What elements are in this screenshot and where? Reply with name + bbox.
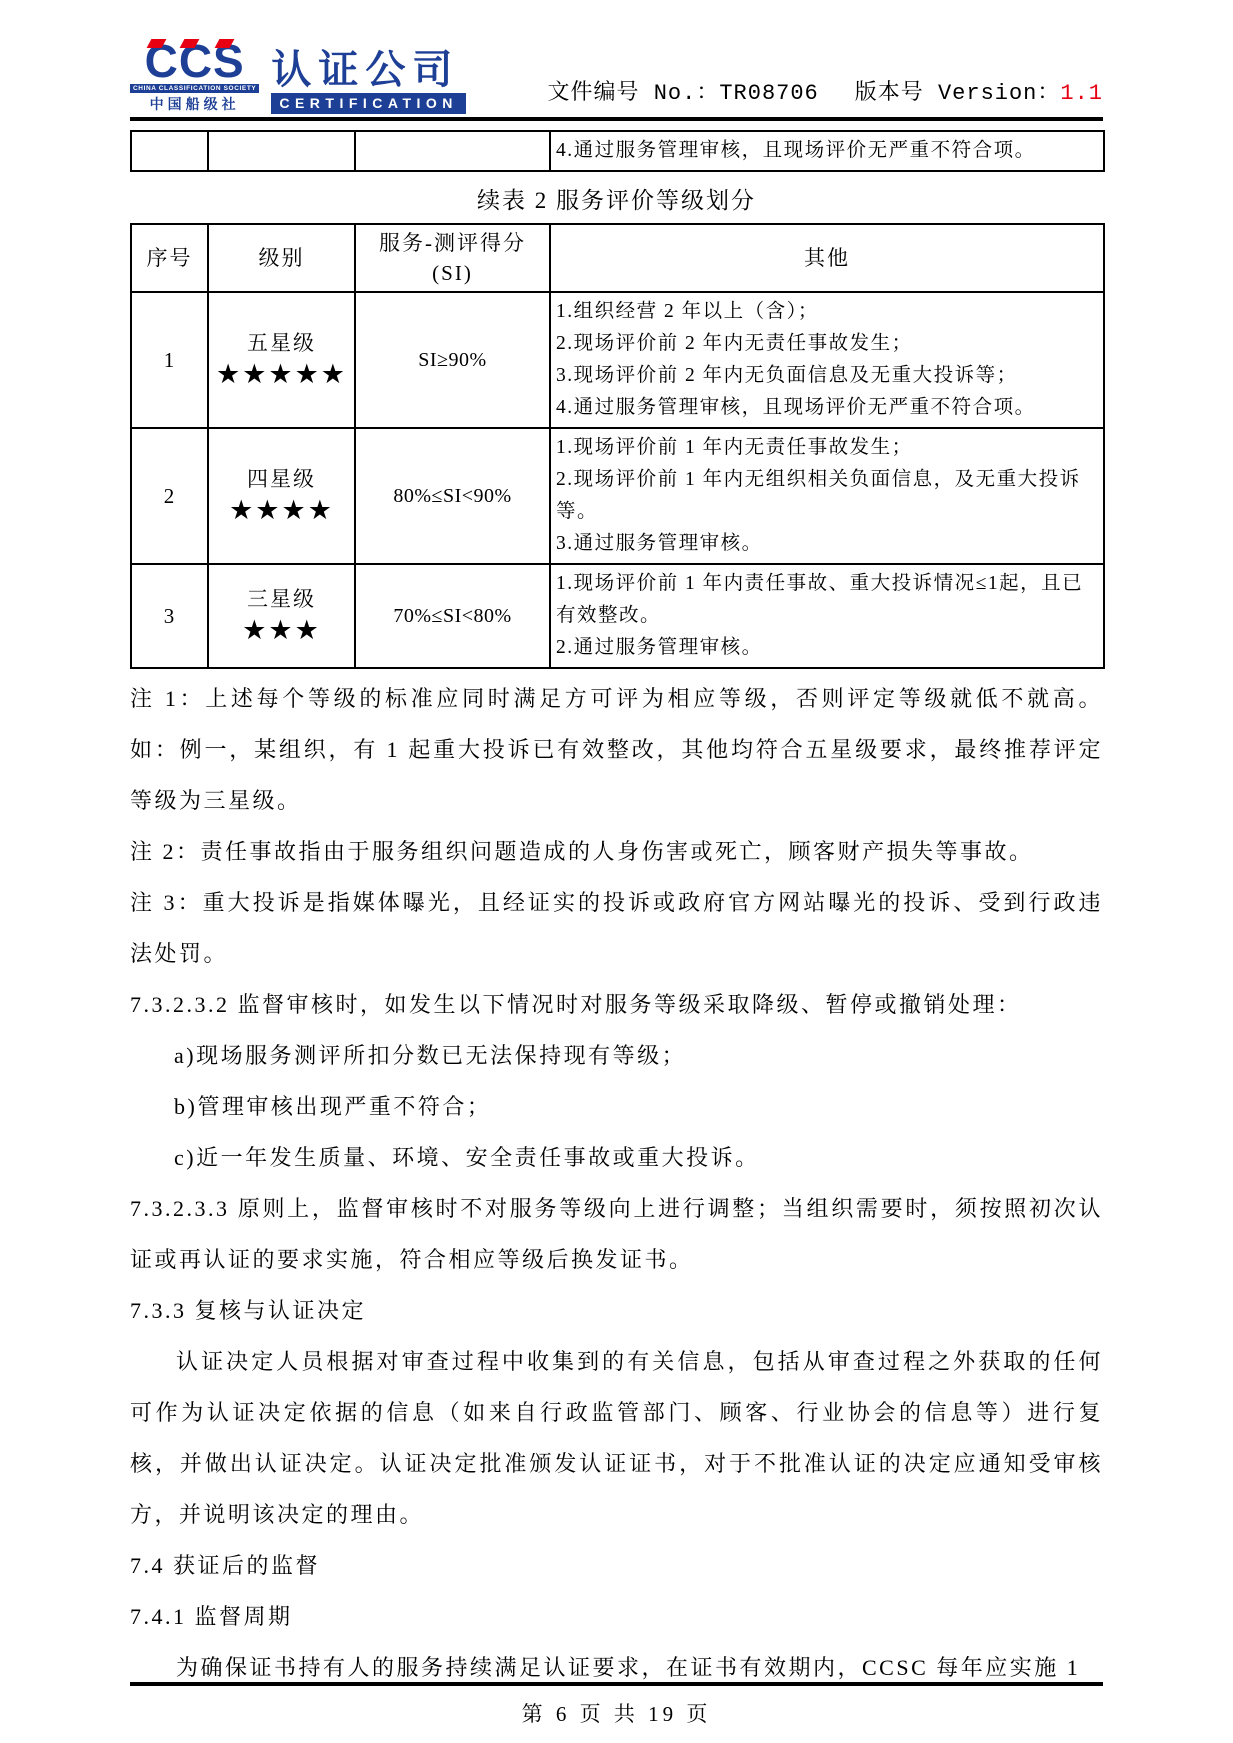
row-other: 1.现场评价前 1 年内无责任事故发生； 2.现场评价前 1 年内无组织相关负面… <box>550 428 1104 564</box>
criteria-item: 1.组织经营 2 年以上（含）； <box>556 296 1097 328</box>
logo-company-name: 认证公司 <box>271 49 466 91</box>
row-level: 五星级 ★★★★★ <box>208 292 355 428</box>
page-header: CCS CHINA CLASSIFICATION SOCIETY 中国船级社 认… <box>130 40 1103 114</box>
row-score: 80%≤SI<90% <box>355 428 550 564</box>
body-text: 注 1：上述每个等级的标准应同时满足方可评为相应等级，否则评定等级就低不就高。如… <box>130 673 1103 1693</box>
continuation-score-cell <box>355 131 550 171</box>
page-number: 第 6 页 共 19 页 <box>130 1698 1103 1728</box>
doc-number-label: 文件编号 No.： <box>548 81 720 106</box>
five-star-rating-icon: ★★★★★ <box>209 358 354 392</box>
table-row-four-star: 2 四星级 ★★★★ 80%≤SI<90% 1.现场评价前 1 年内无责任事故发… <box>131 428 1104 564</box>
ccs-logo-left: CCS CHINA CLASSIFICATION SOCIETY 中国船级社 <box>130 40 259 114</box>
column-header-level: 级别 <box>208 224 355 292</box>
section-7-4-heading: 7.4 获证后的监督 <box>130 1540 1103 1591</box>
level-name: 四星级 <box>209 464 354 494</box>
section-7-4-1-heading: 7.4.1 监督周期 <box>130 1591 1103 1642</box>
column-header-other: 其他 <box>550 224 1104 292</box>
list-item-a: a)现场服务测评所扣分数已无法保持现有等级； <box>130 1030 1103 1081</box>
version-value: 1.1 <box>1060 81 1103 106</box>
criteria-item: 2.现场评价前 1 年内无组织相关负面信息，及无重大投诉等。 <box>556 464 1097 528</box>
list-item-c: c)近一年发生质量、环境、安全责任事故或重大投诉。 <box>130 1132 1103 1183</box>
continuation-row: 4.通过服务管理审核，且现场评价无严重不符合项。 <box>131 131 1104 171</box>
criteria-item: 1.现场评价前 1 年内无责任事故发生； <box>556 432 1097 464</box>
row-level: 四星级 ★★★★ <box>208 428 355 564</box>
row-no: 3 <box>131 564 208 668</box>
continuation-level-cell <box>208 131 355 171</box>
row-other: 1.现场评价前 1 年内责任事故、重大投诉情况≤1起，且已有效整改。 2.通过服… <box>550 564 1104 668</box>
footer-divider <box>130 1682 1103 1686</box>
header-divider <box>130 117 1103 121</box>
criteria-item: 2.通过服务管理审核。 <box>556 632 1097 664</box>
ccs-logo-mark: CCS <box>145 40 245 82</box>
note-3: 注 3：重大投诉是指媒体曝光，且经证实的投诉或政府官方网站曝光的投诉、受到行政违… <box>130 877 1103 979</box>
section-7-3-2-3-2: 7.3.2.3.2 监督审核时，如发生以下情况时对服务等级采取降级、暂停或撤销处… <box>130 979 1103 1030</box>
row-score: SI≥90% <box>355 292 550 428</box>
criteria-item: 3.通过服务管理审核。 <box>556 528 1097 560</box>
row-no: 2 <box>131 428 208 564</box>
note-1: 注 1：上述每个等级的标准应同时满足方可评为相应等级，否则评定等级就低不就高。如… <box>130 673 1103 826</box>
criteria-item: 1.现场评价前 1 年内责任事故、重大投诉情况≤1起，且已有效整改。 <box>556 568 1097 632</box>
table-row-five-star: 1 五星级 ★★★★★ SI≥90% 1.组织经营 2 年以上（含）； 2.现场… <box>131 292 1104 428</box>
document-meta: 文件编号 No.：TR08706版本号 Version：1.1 <box>548 75 1103 106</box>
level-name: 三星级 <box>209 584 354 614</box>
version-label: 版本号 Version： <box>855 81 1061 106</box>
logo-society-name-cn: 中国船级社 <box>150 94 240 114</box>
table-row-three-star: 3 三星级 ★★★ 70%≤SI<80% 1.现场评价前 1 年内责任事故、重大… <box>131 564 1104 668</box>
grade-table: 序号 级别 服务-测评得分 (SI) 其他 1 五星级 ★★★★★ SI≥90%… <box>130 223 1105 669</box>
continuation-other-cell: 4.通过服务管理审核，且现场评价无严重不符合项。 <box>550 131 1104 171</box>
three-star-rating-icon: ★★★ <box>209 614 354 648</box>
list-item-b: b)管理审核出现严重不符合； <box>130 1081 1103 1132</box>
document-page: CCS CHINA CLASSIFICATION SOCIETY 中国船级社 认… <box>0 0 1233 1743</box>
row-other: 1.组织经营 2 年以上（含）； 2.现场评价前 2 年内无责任事故发生； 3.… <box>550 292 1104 428</box>
level-name: 五星级 <box>209 328 354 358</box>
table-title: 续表 2 服务评价等级划分 <box>130 182 1103 215</box>
continuation-no-cell <box>131 131 208 171</box>
four-star-rating-icon: ★★★★ <box>209 494 354 528</box>
criteria-item: 2.现场评价前 2 年内无责任事故发生； <box>556 328 1097 360</box>
row-no: 1 <box>131 292 208 428</box>
criteria-item: 3.现场评价前 2 年内无负面信息及无重大投诉等； <box>556 360 1097 392</box>
section-7-3-3-heading: 7.3.3 复核与认证决定 <box>130 1285 1103 1336</box>
continuation-table: 4.通过服务管理审核，且现场评价无严重不符合项。 <box>130 130 1105 172</box>
column-header-score-line2: (SI) <box>356 258 549 288</box>
note-2: 注 2：责任事故指由于服务组织问题造成的人身伤害或死亡，顾客财产损失等事故。 <box>130 826 1103 877</box>
certification-decision-paragraph: 认证决定人员根据对审查过程中收集到的有关信息，包括从审查过程之外获取的任何可作为… <box>130 1336 1103 1540</box>
doc-number-value: TR08706 <box>719 81 818 106</box>
column-header-score: 服务-测评得分 (SI) <box>355 224 550 292</box>
logo-certification-bar: CERTIFICATION <box>271 93 466 114</box>
page-footer: 第 6 页 共 19 页 <box>130 1682 1103 1728</box>
ccs-logo-right: 认证公司 CERTIFICATION <box>271 49 466 114</box>
section-7-3-2-3-3: 7.3.2.3.3 原则上，监督审核时不对服务等级向上进行调整；当组织需要时，须… <box>130 1183 1103 1285</box>
column-header-no: 序号 <box>131 224 208 292</box>
row-score: 70%≤SI<80% <box>355 564 550 668</box>
row-level: 三星级 ★★★ <box>208 564 355 668</box>
column-header-score-line1: 服务-测评得分 <box>356 228 549 258</box>
ccs-logo: CCS CHINA CLASSIFICATION SOCIETY 中国船级社 认… <box>130 40 466 114</box>
grade-table-header-row: 序号 级别 服务-测评得分 (SI) 其他 <box>131 224 1104 292</box>
criteria-item: 4.通过服务管理审核，且现场评价无严重不符合项。 <box>556 392 1097 424</box>
